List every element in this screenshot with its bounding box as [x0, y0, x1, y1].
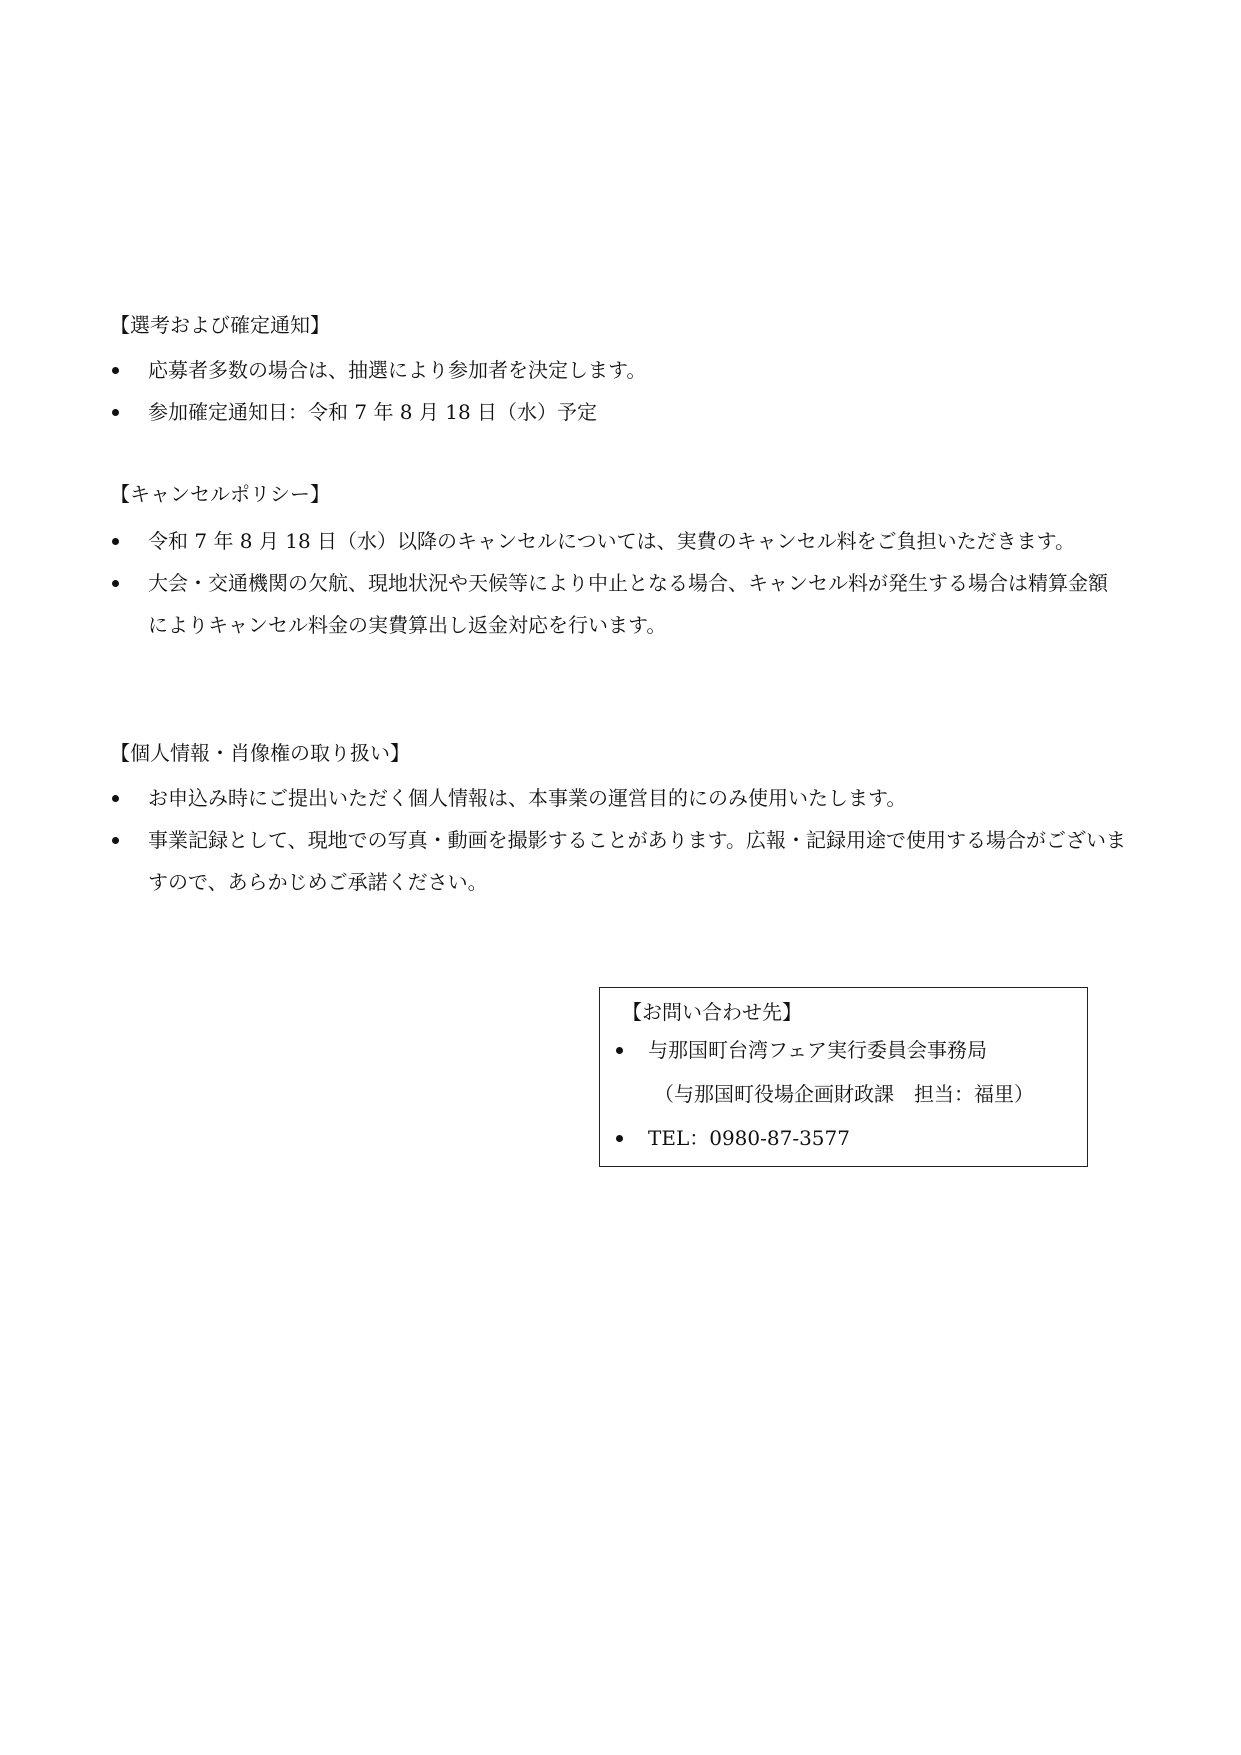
- bullet-icon: [112, 538, 119, 545]
- contact-list: 与那国町台湾フェア実行委員会事務局 （与那国町役場企画財政課 担当：福里） TE…: [616, 1028, 1077, 1160]
- list-item: 参加確定通知日：令和 7 年 8 月 18 日（水）予定: [116, 391, 1126, 433]
- bullet-list: 令和 7 年 8 月 18 日（水）以降のキャンセルについては、実費のキャンセル…: [116, 520, 1126, 646]
- list-item: 令和 7 年 8 月 18 日（水）以降のキャンセルについては、実費のキャンセル…: [116, 520, 1126, 562]
- bullet-icon: [112, 367, 119, 374]
- list-item: 事業記録として、現地での写真・動画を撮影することがあります。広報・記録用途で使用…: [116, 819, 1126, 903]
- contact-organization: 与那国町台湾フェア実行委員会事務局: [616, 1028, 1077, 1072]
- bullet-icon: [112, 580, 119, 587]
- list-item: 大会・交通機関の欠航、現地状況や天候等により中止となる場合、キャンセル料が発生す…: [116, 562, 1126, 646]
- phone-number: TEL：0980-87-3577: [648, 1126, 850, 1150]
- contact-department: （与那国町役場企画財政課 担当：福里）: [616, 1072, 1077, 1116]
- list-item: お申込み時にご提出いただく個人情報は、本事業の運営目的にのみ使用いたします。: [116, 777, 1126, 819]
- list-item-text: 事業記録として、現地での写真・動画を撮影することがあります。広報・記録用途で使用…: [148, 828, 1126, 894]
- section-heading: 【キャンセルポリシー】: [110, 482, 1126, 506]
- list-item-text: 令和 7 年 8 月 18 日（水）以降のキャンセルについては、実費のキャンセル…: [148, 529, 1075, 553]
- list-item-text: 参加確定通知日：令和 7 年 8 月 18 日（水）予定: [148, 400, 597, 424]
- section-heading: 【個人情報・肖像権の取り扱い】: [110, 741, 1126, 765]
- bullet-icon: [616, 1135, 623, 1142]
- list-item-text: 大会・交通機関の欠航、現地状況や天候等により中止となる場合、キャンセル料が発生す…: [148, 571, 1108, 637]
- bullet-list: 応募者多数の場合は、抽選により参加者を決定します。 参加確定通知日：令和 7 年…: [116, 349, 1126, 433]
- list-item-text: 応募者多数の場合は、抽選により参加者を決定します。: [148, 358, 646, 382]
- bullet-icon: [112, 837, 119, 844]
- bullet-list: お申込み時にご提出いただく個人情報は、本事業の運営目的にのみ使用いたします。 事…: [116, 777, 1126, 903]
- contact-heading: 【お問い合わせ先】: [622, 1000, 802, 1024]
- privacy-section: 【個人情報・肖像権の取り扱い】 お申込み時にご提出いただく個人情報は、本事業の運…: [116, 741, 1126, 903]
- cancellation-policy-section: 【キャンセルポリシー】 令和 7 年 8 月 18 日（水）以降のキャンセルにつ…: [116, 482, 1126, 646]
- list-item-text: お申込み時にご提出いただく個人情報は、本事業の運営目的にのみ使用いたします。: [148, 786, 906, 810]
- bullet-icon: [616, 1047, 623, 1054]
- organization-name: 与那国町台湾フェア実行委員会事務局: [648, 1038, 987, 1062]
- list-item: 応募者多数の場合は、抽選により参加者を決定します。: [116, 349, 1126, 391]
- contact-tel: TEL：0980-87-3577: [616, 1116, 1077, 1160]
- section-heading: 【選考および確定通知】: [110, 313, 1126, 337]
- contact-box: 【お問い合わせ先】 与那国町台湾フェア実行委員会事務局 （与那国町役場企画財政課…: [599, 987, 1088, 1167]
- selection-notification-section: 【選考および確定通知】 応募者多数の場合は、抽選により参加者を決定します。 参加…: [116, 313, 1126, 433]
- bullet-icon: [112, 795, 119, 802]
- bullet-icon: [112, 409, 119, 416]
